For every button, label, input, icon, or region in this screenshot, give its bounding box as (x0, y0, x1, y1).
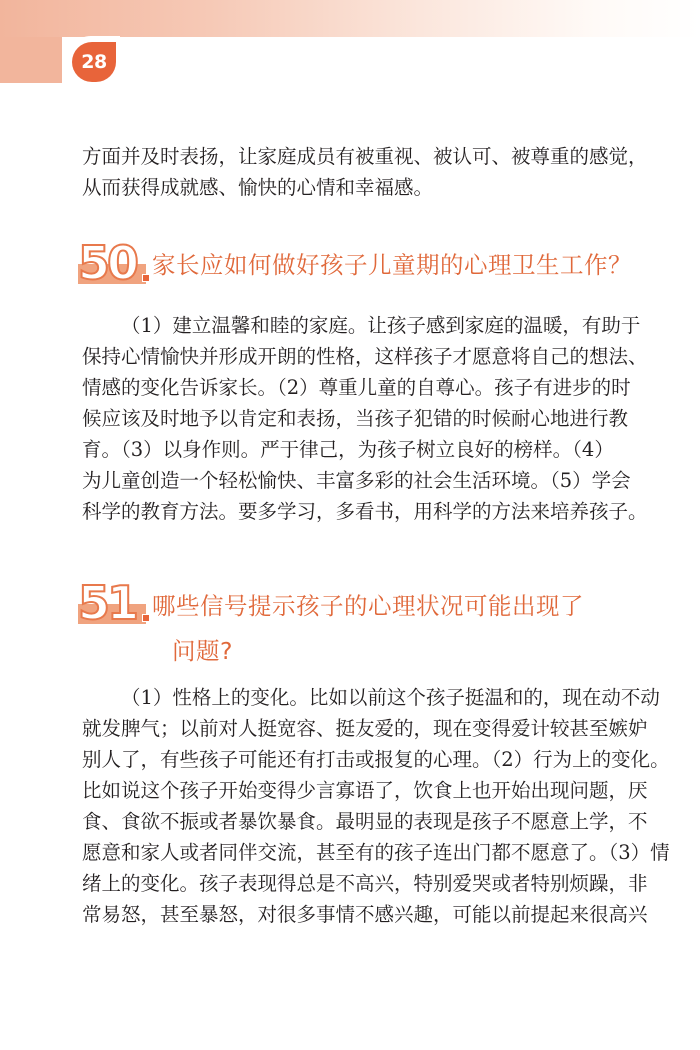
text-line: 就发脾气；以前对人挺宽容、挺友爱的，现在变得爱计较甚至嫉妒 (82, 713, 614, 744)
page-number-badge: 28 (72, 42, 116, 82)
question-number: 51 (78, 580, 136, 626)
text-line: 食、食欲不振或者暴饮暴食。最明显的表现是孩子不愿意上学，不 (82, 806, 614, 837)
intro-paragraph: 方面并及时表扬，让家庭成员有被重视、被认可、被尊重的感觉， 从而获得成就感、愉快… (82, 141, 614, 203)
text-line: 为儿童创造一个轻松愉快、丰富多彩的社会生活环境。（5）学会 (82, 465, 614, 496)
question-title-line-2: 问题? (172, 633, 233, 669)
text-line: （1）性格上的变化。比如以前这个孩子挺温和的，现在动不动 (82, 682, 614, 713)
text-line: 保持心情愉快并形成开朗的性格，这样孩子才愿意将自己的想法、 (82, 341, 614, 372)
text-line: 愿意和家人或者同伴交流，甚至有的孩子连出门都不愿意了。（3）情 (82, 837, 614, 868)
text-line: （1）建立温馨和睦的家庭。让孩子感到家庭的温暖，有助于 (82, 310, 614, 341)
question-title: 家长应如何做好孩子儿童期的心理卫生工作？ (152, 247, 632, 283)
number-dot-icon (142, 274, 150, 282)
answer-paragraph-50: （1）建立温馨和睦的家庭。让孩子感到家庭的温暖，有助于 保持心情愉快并形成开朗的… (82, 310, 614, 527)
question-number-badge: 51 (78, 584, 148, 624)
header-side-tab (0, 37, 62, 83)
question-number: 50 (78, 240, 136, 286)
answer-paragraph-51: （1）性格上的变化。比如以前这个孩子挺温和的，现在动不动 就发脾气；以前对人挺宽… (82, 682, 614, 930)
text-line: 绪上的变化。孩子表现得总是不高兴，特别爱哭或者特别烦躁，非 (82, 868, 614, 899)
question-title-line-1: 哪些信号提示孩子的心理状况可能出现了 (152, 588, 584, 624)
text-line: 方面并及时表扬，让家庭成员有被重视、被认可、被尊重的感觉， (82, 141, 614, 172)
header-gradient-band (0, 0, 700, 37)
text-line: 从而获得成就感、愉快的心情和幸福感。 (82, 172, 614, 203)
text-line: 育。（3）以身作则。严于律己，为孩子树立良好的榜样。（4） (82, 434, 614, 465)
text-line: 候应该及时地予以肯定和表扬，当孩子犯错的时候耐心地进行教 (82, 403, 614, 434)
text-line: 比如说这个孩子开始变得少言寡语了，饮食上也开始出现问题，厌 (82, 775, 614, 806)
text-line: 常易怒，甚至暴怒，对很多事情不感兴趣，可能以前提起来很高兴 (82, 899, 614, 930)
number-dot-icon (142, 614, 150, 622)
text-line: 别人了，有些孩子可能还有打击或报复的心理。（2）行为上的变化。 (82, 744, 614, 775)
text-line: 情感的变化告诉家长。（2）尊重儿童的自尊心。孩子有进步的时 (82, 372, 614, 403)
text-line: 科学的教育方法。要多学习，多看书，用科学的方法来培养孩子。 (82, 496, 614, 527)
question-number-badge: 50 (78, 244, 148, 284)
